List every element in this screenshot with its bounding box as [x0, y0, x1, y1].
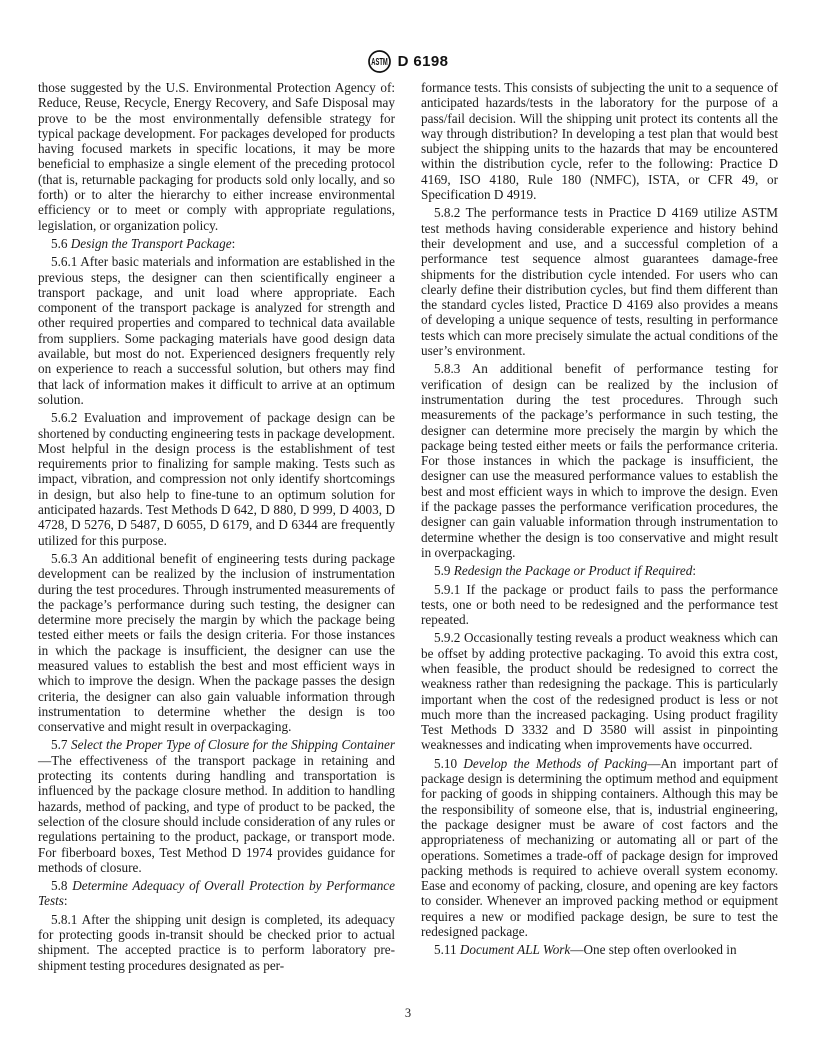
document-header: ASTM D 6198: [0, 50, 816, 73]
text-run: 5.8: [51, 878, 72, 893]
text-run: 5.8.3 An additional benefit of performan…: [421, 361, 778, 560]
designation-title: D 6198: [398, 53, 449, 70]
section-title-italic: Select the Proper Type of Closure for th…: [71, 737, 395, 752]
text-run: 5.9.2 Occasionally testing reveals a pro…: [421, 630, 778, 752]
astm-logo-icon: ASTM: [368, 50, 391, 73]
page-footer: 3: [0, 1006, 816, 1021]
text-run: 5.8.2 The performance tests in Practice …: [421, 205, 778, 358]
paragraph: 5.7 Select the Proper Type of Closure fo…: [38, 737, 395, 875]
text-run: 5.10: [434, 756, 463, 771]
page-number: 3: [405, 1006, 411, 1020]
text-run: 5.6.1 After basic materials and informat…: [38, 254, 395, 407]
svg-text:ASTM: ASTM: [371, 56, 388, 68]
section-title-italic: Document ALL Work: [460, 942, 570, 957]
text-run: 5.6.3 An additional benefit of engineeri…: [38, 551, 395, 734]
text-run: 5.11: [434, 942, 460, 957]
paragraph: formance tests. This consists of subject…: [421, 80, 778, 202]
right-column: formance tests. This consists of subject…: [421, 80, 778, 973]
paragraph: 5.11 Document ALL Work—One step often ov…: [421, 942, 778, 957]
paragraph: 5.9.1 If the package or product fails to…: [421, 582, 778, 628]
paragraph: 5.9.2 Occasionally testing reveals a pro…: [421, 630, 778, 752]
text-run: 5.6: [51, 236, 71, 251]
paragraph: 5.8.2 The performance tests in Practice …: [421, 205, 778, 358]
text-run: 5.9: [434, 563, 454, 578]
paragraph: those suggested by the U.S. Environmenta…: [38, 80, 395, 233]
paragraph: 5.8 Determine Adequacy of Overall Protec…: [38, 878, 395, 909]
text-run: :: [692, 563, 696, 578]
paragraph: 5.6.3 An additional benefit of engineeri…: [38, 551, 395, 735]
left-column: those suggested by the U.S. Environmenta…: [38, 80, 395, 973]
section-title-italic: Redesign the Package or Product if Requi…: [454, 563, 693, 578]
text-run: 5.6.2 Evaluation and improvement of pack…: [38, 410, 395, 547]
text-run: 5.8.1 After the shipping unit design is …: [38, 912, 395, 973]
text-run: 5.9.1 If the package or product fails to…: [421, 582, 778, 628]
section-title-italic: Develop the Methods of Packing: [463, 756, 647, 771]
paragraph: 5.9 Redesign the Package or Product if R…: [421, 563, 778, 578]
text-run: formance tests. This consists of subject…: [421, 80, 778, 202]
paragraph: 5.6.1 After basic materials and informat…: [38, 254, 395, 407]
text-run: 5.7: [51, 737, 71, 752]
document-page: ASTM D 6198 those suggested by the U.S. …: [0, 0, 816, 1056]
text-run: :: [232, 236, 236, 251]
paragraph: 5.8.3 An additional benefit of performan…: [421, 361, 778, 560]
text-run: —The effectiveness of the transport pack…: [38, 753, 395, 875]
two-column-body: those suggested by the U.S. Environmenta…: [38, 80, 778, 973]
paragraph: 5.10 Develop the Methods of Packing—An i…: [421, 756, 778, 940]
section-title-italic: Determine Adequacy of Overall Protection…: [38, 878, 395, 908]
paragraph: 5.6.2 Evaluation and improvement of pack…: [38, 410, 395, 548]
text-run: those suggested by the U.S. Environmenta…: [38, 80, 395, 233]
section-title-italic: Design the Transport Package: [71, 236, 232, 251]
paragraph: 5.6 Design the Transport Package:: [38, 236, 395, 251]
text-run: :: [64, 893, 68, 908]
paragraph: 5.8.1 After the shipping unit design is …: [38, 912, 395, 973]
text-run: —An important part of package design is …: [421, 756, 778, 939]
text-run: —One step often overlooked in: [570, 942, 736, 957]
